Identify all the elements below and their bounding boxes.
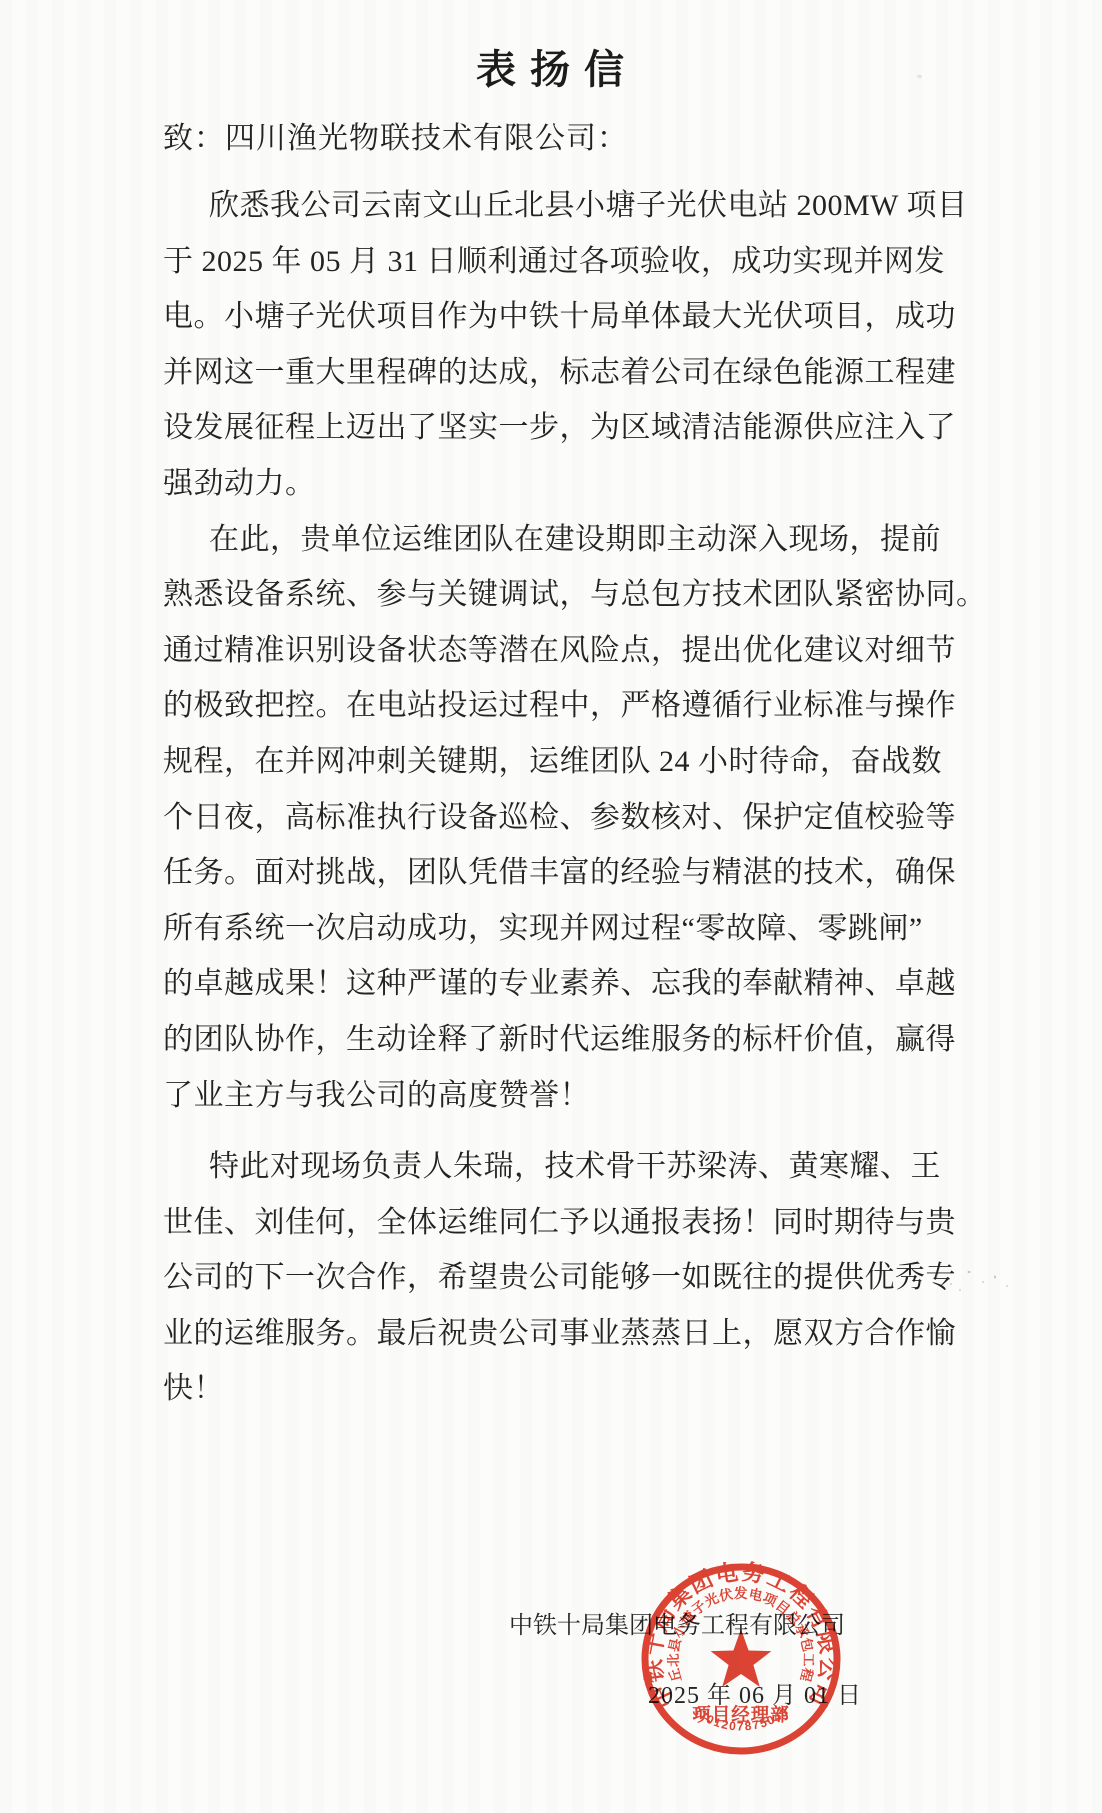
body-line: 于 2025 年 05 月 31 日顺利通过各项验收，成功实现并网发 (163, 234, 935, 290)
paragraph: 在此，贵单位运维团队在建设期即主动深入现场，提前熟悉设备系统、参与关键调试，与总… (163, 512, 935, 1124)
body-line: 规程，在并网冲刺关键期，运维团队 24 小时待命，奋战数 (163, 734, 935, 790)
letter-body: 欣悉我公司云南文山丘北县小塘子光伏电站 200MW 项目于 2025 年 05 … (163, 178, 935, 1417)
company-seal: 中铁十局集团电务工程有限公司 丘北县小塘子光伏发电项目总承包工程 项目经理部 3… (638, 1559, 844, 1759)
body-line: 在此，贵单位运维团队在建设期即主动深入现场，提前 (163, 512, 935, 568)
body-line: 强劲动力。 (163, 456, 935, 512)
body-line: 个日夜，高标准执行设备巡检、参数核对、保护定值校验等 (163, 790, 935, 846)
paragraph: 特此对现场负责人朱瑞，技术骨干苏梁涛、黄寒耀、王世佳、刘佳何，全体运维同仁予以通… (163, 1139, 935, 1417)
body-line: 的团队协作，生动诠释了新时代运维服务的标杆价值，赢得 (163, 1012, 935, 1068)
letter-title: 表 扬 信 (0, 48, 1102, 92)
body-line: 了业主方与我公司的高度赞誉！ (163, 1068, 935, 1124)
body-line: 所有系统一次启动成功，实现并网过程“零故障、零跳闸” (163, 901, 935, 957)
body-line: 业的运维服务。最后祝贵公司事业蒸蒸日上，愿双方合作愉 (163, 1306, 935, 1362)
paragraph: 欣悉我公司云南文山丘北县小塘子光伏电站 200MW 项目于 2025 年 05 … (163, 178, 935, 512)
body-line: 的卓越成果！这种严谨的专业素养、忘我的奉献精神、卓越 (163, 956, 935, 1012)
body-line: 熟悉设备系统、参与关键调试，与总包方技术团队紧密协同。 (163, 567, 935, 623)
body-line: 电。小塘子光伏项目作为中铁十局单体最大光伏项目，成功 (163, 289, 935, 345)
body-line: 的极致把控。在电站投运过程中，严格遵循行业标准与操作 (163, 678, 935, 734)
body-line: 世佳、刘佳何，全体运维同仁予以通报表扬！同时期待与贵 (163, 1195, 935, 1251)
body-line: 欣悉我公司云南文山丘北县小塘子光伏电站 200MW 项目 (163, 178, 935, 234)
body-line: 通过精准识别设备状态等潜在风险点，提出优化建议对细节 (163, 623, 935, 679)
body-line: 并网这一重大里程碑的达成，标志着公司在绿色能源工程建 (163, 345, 935, 401)
salutation-line: 致：四川渔光物联技术有限公司： (163, 122, 628, 155)
body-line: 特此对现场负责人朱瑞，技术骨干苏梁涛、黄寒耀、王 (163, 1139, 935, 1195)
body-line: 任务。面对挑战，团队凭借丰富的经验与精湛的技术，确保 (163, 845, 935, 901)
seal-star-icon (711, 1629, 772, 1687)
body-line: 设发展征程上迈出了坚实一步，为区域清洁能源供应注入了 (163, 400, 935, 456)
body-line: 公司的下一次合作，希望贵公司能够一如既往的提供优秀专 (163, 1250, 935, 1306)
letter-page: { "document": { "title": "表 扬 信", "salut… (0, 0, 1102, 1813)
body-line: 快！ (163, 1361, 935, 1417)
